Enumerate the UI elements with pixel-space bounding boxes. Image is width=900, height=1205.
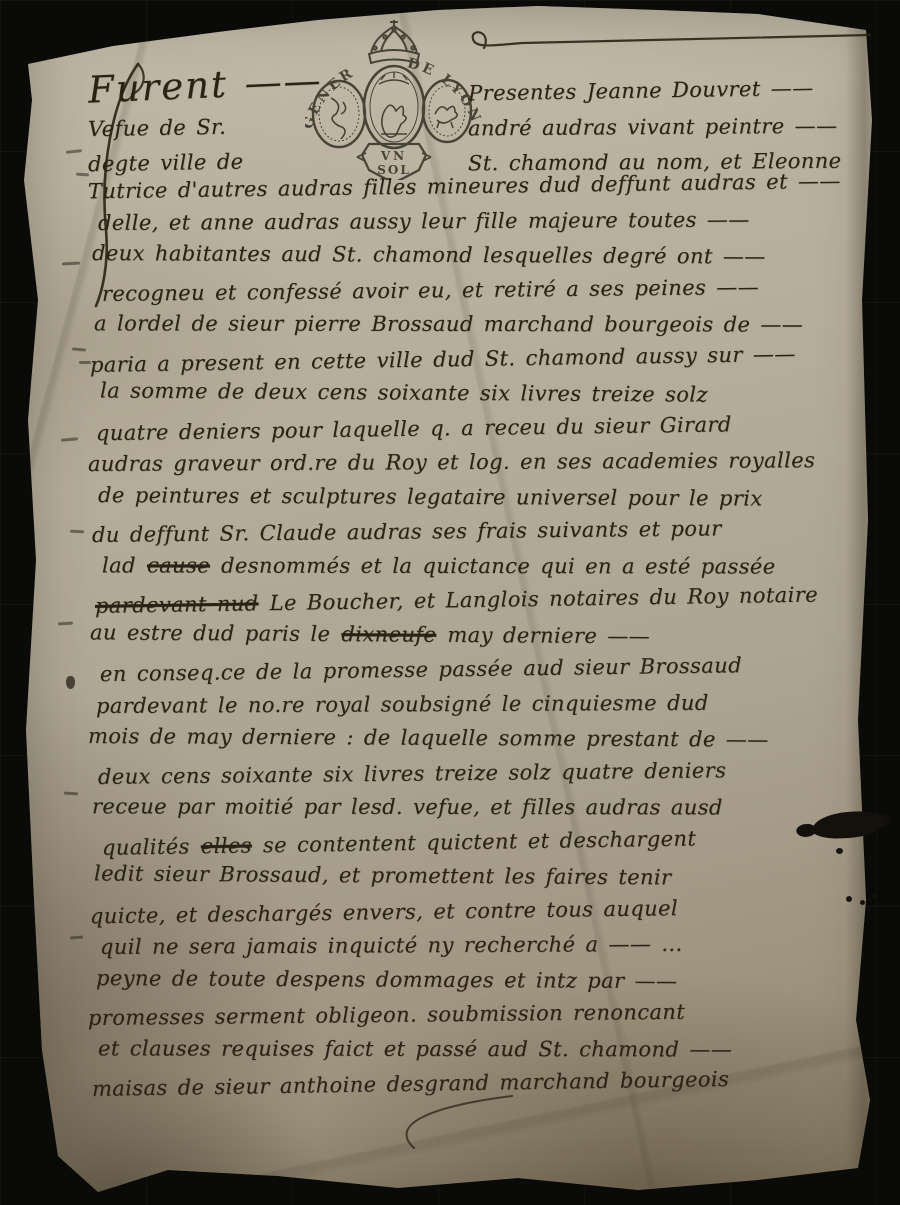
line-text: au estre dud paris le [90,620,341,646]
line-text: delle, et anne audras aussy leur fille m… [98,207,750,234]
line-text: pardevant le no.re royal soubsigné le ci… [96,690,709,717]
manuscript-line-right: andré audras vivant peintre —— [468,114,852,141]
struck-text: pardevant nud [94,591,260,618]
manuscript-line: du deffunt Sr. Claude audras ses frais s… [88,515,852,557]
line-text: audras graveur ord.re du Roy et log. en … [88,448,815,476]
line-text: en conseq.ce de la promesse passée aud s… [100,653,742,686]
ink-spatter-dot [873,894,877,898]
line-text: deux habitantes aud St. chamond lesquell… [92,241,766,269]
manuscript-line: maisas de sieur anthoine desgrand marcha… [88,1065,852,1111]
line-text: mois de may derniere : de laquelle somme… [88,724,769,752]
line-text: may derniere —— [437,622,650,647]
line-text: la somme de deux cens soixante six livre… [100,378,708,406]
manuscript-line: receue par moitié par lesd. vefue, et fi… [88,794,852,830]
line-text: promesses serment obligeon. soubmission … [88,1000,685,1030]
manuscript-line: mois de may derniere : de laquelle somme… [88,724,852,762]
line-text: a lordel de sieur pierre Brossaud marcha… [94,311,803,336]
ink-drop [66,676,75,689]
line-text: lad [102,553,146,577]
manuscript-line: promesses serment obligeon. soubmission … [88,998,852,1040]
line-text: quatre deniers pour laquelle q. a receu … [96,412,732,445]
manuscript-line-left: degte ville de [88,148,338,176]
line-text: ledit sieur Brossaud, et promettent les … [94,861,672,889]
line-text: desnommés et la quictance qui en a esté … [211,553,776,578]
line-text: de peintures et sculptures legataire uni… [98,483,763,510]
line-text: recogneu et confessé avoir eu, et retiré… [102,274,759,305]
line-text: se contentent quictent et deschargent [253,826,697,857]
manuscript-body: Tutrice d'autres audras filles mineures … [88,174,852,1106]
line-text: qualités [102,834,200,860]
opening-word: Furent —— [87,58,339,112]
manuscript-line: audras graveur ord.re du Roy et log. en … [88,448,852,486]
manuscript-line-right: Presentes Jeanne Douvret —— [468,75,852,105]
line-text: maisas de sieur anthoine desgrand marcha… [92,1067,730,1101]
ink-spatter-dot [846,896,852,902]
manuscript-line: deux habitantes aud St. chamond lesquell… [88,241,852,279]
line-text: et clauses requises faict et passé aud S… [98,1036,732,1061]
manuscript-text: Furent —— Presentes Jeanne Douvret —— Ve… [88,58,852,1106]
manuscript-line: Vefue de Sr. andré audras vivant peintre… [88,104,852,139]
manuscript-line-left: Vefue de Sr. [88,113,338,141]
struck-text: dixneufe [340,622,437,647]
manuscript-line: degte ville de St. chamond au nom, et El… [88,139,852,174]
line-text: du deffunt Sr. Claude audras ses frais s… [92,516,722,547]
struck-text: cause [146,553,211,577]
ink-spatter-dot [860,900,865,905]
line-text: deux cens soixante six livres treize sol… [98,758,727,789]
line-text: peyne de toute despens dommages et intz … [96,966,677,993]
line-text: quil ne sera jamais inquicté ny recherch… [100,932,683,959]
line-text: receue par moitié par lesd. vefue, et fi… [92,794,723,819]
struck-text: elles [200,833,253,858]
manuscript-line: a lordel de sieur pierre Brossaud marcha… [88,311,852,347]
manuscript-line: Furent —— Presentes Jeanne Douvret —— [88,55,852,108]
manuscript-line: pardevant le no.re royal soubsigné le ci… [88,690,852,728]
line-text: quicte, et deschargés envers, et contre … [90,896,678,928]
manuscript-line: quil ne sera jamais inquicté ny recherch… [88,931,852,969]
manuscript-line: deux cens soixante six livres treize sol… [88,757,852,799]
ink-spatter-dot [836,848,843,854]
photo-background: GENER DE LYON [0,0,900,1205]
manuscript-line: delle, et anne audras aussy leur fille m… [88,207,852,245]
line-text: paria a present en cette ville dud St. c… [90,341,796,376]
manuscript-line: recogneu et confessé avoir eu, et retiré… [88,274,852,316]
